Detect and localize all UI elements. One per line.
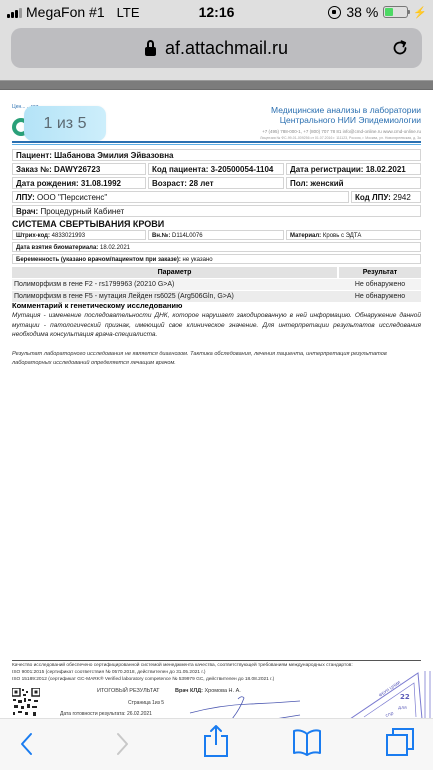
orientation-lock-icon xyxy=(328,6,341,19)
lab-contacts: +7 (495) 788-000-1, +7 (800) 707 78 81 i… xyxy=(260,129,421,134)
browser-address-area: af.attachmail.ru xyxy=(0,24,433,70)
label: Заказ №: xyxy=(16,165,52,174)
label: Код пациента: xyxy=(152,165,208,174)
lab-header: Медицинские анализы в лаборатории Центра… xyxy=(260,105,421,140)
result-cell: Не обнаружено xyxy=(339,291,421,302)
label: Штрих-код: xyxy=(16,233,50,239)
quality-line: Качество исследований обеспечено сертифи… xyxy=(12,662,353,669)
value: 4833021993 xyxy=(52,233,85,239)
lab-title-line1: Медицинские анализы в лаборатории xyxy=(260,105,421,115)
reload-icon[interactable] xyxy=(390,38,410,58)
patient-code: Код пациента: 3-20500054-1104 xyxy=(148,163,284,175)
barcode: Штрих-код: 4833021993 xyxy=(12,230,146,240)
value: 18.02.2021 xyxy=(366,165,406,174)
label: Пол: xyxy=(290,179,308,188)
order-number: Заказ №: DAWY26723 xyxy=(12,163,146,175)
svg-text:22: 22 xyxy=(400,693,410,701)
header-divider xyxy=(12,141,421,145)
quality-line: ISO 15189:2012 (сертификат GC-MARK® Veri… xyxy=(12,676,353,683)
sample-date: Дата взятия биоматериала: 18.02.2021 xyxy=(12,242,421,252)
material: Материал: Кровь с ЭДТА xyxy=(286,230,421,240)
battery-percent: 38 % xyxy=(346,4,378,20)
quality-line: ISO 9001:2015 (сертификат соответствия №… xyxy=(12,669,353,676)
lpu: ЛПУ: ООО "Персистенс" xyxy=(12,191,349,203)
value: ООО "Персистенс" xyxy=(37,193,107,202)
browser-chrome-bottom xyxy=(0,70,433,80)
tabs-icon[interactable] xyxy=(385,727,415,757)
label: ЛПУ: xyxy=(16,193,35,202)
label: Дата взятия биоматериала: xyxy=(16,245,98,251)
label: Возраст: xyxy=(152,179,187,188)
value: D114L0076 xyxy=(172,233,203,239)
address-bar[interactable]: af.attachmail.ru xyxy=(11,28,422,68)
doctor: Врач: Процедурный Кабинет xyxy=(12,205,421,217)
parameter-cell: Полиморфизм в гене F2 - rs1799963 (20210… xyxy=(14,279,174,290)
value: 3-20500054-1104 xyxy=(211,165,274,174)
value: 18.02.2021 xyxy=(100,245,130,251)
charging-icon: ⚡ xyxy=(413,6,427,19)
pregnancy: Беременность (указано врачом/пациентом п… xyxy=(12,254,421,264)
label: Дата регистрации: xyxy=(290,165,363,174)
label: Беременность (указано врачом/пациентом п… xyxy=(16,257,181,263)
quality-statement: Качество исследований обеспечено сертифи… xyxy=(12,662,353,684)
lpu-code: Код ЛПУ: 2942 xyxy=(351,191,421,203)
page-indicator: 1 из 5 xyxy=(24,106,106,141)
lab-stamp: 22 ФБУН ЦНИИ для спр xyxy=(330,671,433,718)
value: Процедурный Кабинет xyxy=(40,207,124,216)
document-top-edge xyxy=(0,80,433,90)
birth-date: Дата рождения: 31.08.1992 xyxy=(12,177,146,189)
ready-date: Дата готовности результата: 26.02.2021 xyxy=(60,711,152,717)
url-text[interactable]: af.attachmail.ru xyxy=(165,38,288,59)
forward-icon[interactable] xyxy=(107,729,137,759)
svg-text:ФБУН ЦНИИ: ФБУН ЦНИИ xyxy=(378,680,402,698)
patient-name-row: Пациент: Шабанова Эмилия Эйвазовна xyxy=(12,149,421,161)
label: Врач: xyxy=(16,207,38,216)
value: 28 лет xyxy=(189,179,213,188)
label: Пациент: xyxy=(16,151,52,160)
svg-text:спр: спр xyxy=(385,711,395,718)
value: не указано xyxy=(183,257,213,263)
section-title: СИСТЕМА СВЕРТЫВАНИЯ КРОВИ xyxy=(12,219,164,229)
label: Дата рождения: xyxy=(16,179,79,188)
lab-license: Лицензия № ФС-99-01-009256 от 01.07.2016… xyxy=(260,136,421,140)
page-number: Страница 1из 5 xyxy=(128,700,164,706)
carrier-name: MegaFon #1 xyxy=(26,4,105,20)
column-header-parameter: Параметр xyxy=(12,267,337,278)
label: Вн.№: xyxy=(152,233,170,239)
label: Код ЛПУ: xyxy=(355,193,391,202)
result-cell: Не обнаружено xyxy=(339,279,421,290)
footer-divider xyxy=(12,660,421,661)
value: женский xyxy=(310,179,343,188)
signature xyxy=(180,691,310,718)
registration-date: Дата регистрации: 18.02.2021 xyxy=(286,163,421,175)
label: Материал: xyxy=(290,233,321,239)
comment-title: Комментарий к генетическому исследованию xyxy=(12,301,182,310)
value: 2942 xyxy=(393,193,411,202)
status-bar: MegaFon #1 LTE 12:16 38 % ⚡ xyxy=(0,0,433,24)
final-result-label: ИТОГОВЫЙ РЕЗУЛЬТАТ xyxy=(97,688,160,694)
lock-icon xyxy=(145,43,156,56)
value: Кровь с ЭДТА xyxy=(323,233,361,239)
age: Возраст: 28 лет xyxy=(148,177,284,189)
patient-name: Шабанова Эмилия Эйвазовна xyxy=(54,151,173,160)
disclaimer: Результат лабораторного исследования не … xyxy=(12,350,421,369)
column-header-result: Результат xyxy=(339,267,421,278)
signal-icon xyxy=(7,7,22,18)
network-type: LTE xyxy=(117,5,140,20)
bookmarks-icon[interactable] xyxy=(292,727,322,757)
browser-toolbar xyxy=(0,718,433,770)
value: DAWY26723 xyxy=(54,165,100,174)
qr-code xyxy=(12,688,40,718)
value: 31.08.1992 xyxy=(81,179,121,188)
pdf-document-page[interactable]: Цен... ...гии Медицинские анализы в лабо… xyxy=(0,91,433,718)
lab-title-line2: Центрального НИИ Эпидемиологии xyxy=(260,115,421,125)
battery-icon xyxy=(383,6,408,18)
internal-number: Вн.№: D114L0076 xyxy=(148,230,284,240)
share-icon[interactable] xyxy=(201,723,231,759)
sex: Пол: женский xyxy=(286,177,421,189)
back-icon[interactable] xyxy=(12,729,42,759)
comment-body: Мутация - изменение последовательности Д… xyxy=(12,311,421,340)
svg-text:для: для xyxy=(398,706,407,711)
